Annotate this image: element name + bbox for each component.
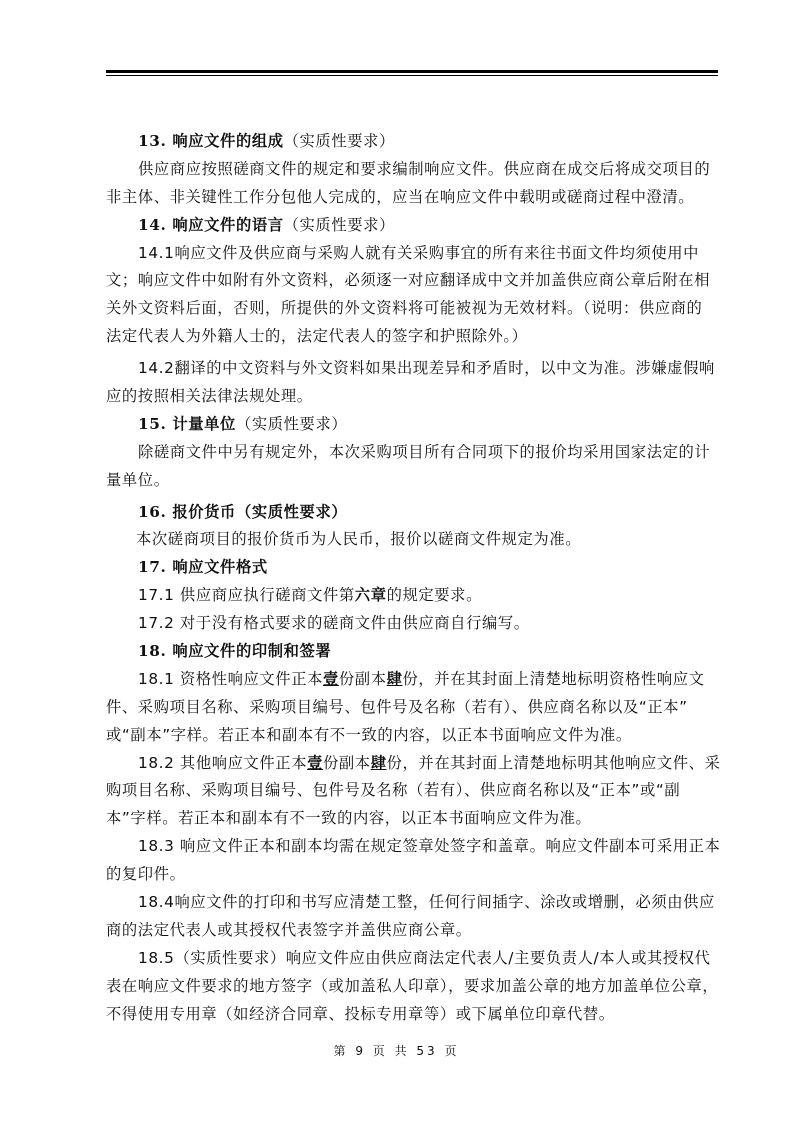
paragraph-line: 量单位。 [106,467,718,495]
section-heading-17: 17. 响应文件格式 [106,554,718,582]
section-heading-16: 16. 报价货币（实质性要求） [106,499,718,527]
paragraph-line: 不得使用专用章（如经济合同章、投标专用章等）或下属单位印章代替。 [106,1001,718,1029]
header-rule-thin [106,75,718,76]
paragraph-line: 供应商应按照磋商文件的规定和要求编制响应文件。供应商在成交后将成交项目的 [106,156,718,184]
paragraph-line: 17.2 对于没有格式要求的磋商文件由供应商自行编写。 [106,610,718,638]
paragraph-line: 本次磋商项目的报价货币为人民币，报价以磋商文件规定为准。 [106,526,718,554]
paragraph-line: 商的法定代表人或其授权代表签字并盖供应商公章。 [106,917,718,945]
paragraph-line: 或“副本”字样。若正本和副本有不一致的内容，以正本书面响应文件为准。 [106,722,718,750]
section-heading-14: 14. 响应文件的语言（实质性要求） [106,212,718,240]
section-heading-13: 13. 响应文件的组成（实质性要求） [106,128,718,156]
section-heading-18: 18. 响应文件的印制和签署 [106,638,718,666]
paragraph-line: 法定代表人为外籍人士的，法定代表人的签字和护照除外。） [106,323,718,351]
paragraph-line: 文；响应文件中如附有外文资料，必须逐一对应翻译成中文并加盖供应商公章后附在相 [106,267,718,295]
paragraph-line: 18.3 响应文件正本和副本均需在规定签章处签字和盖章。响应文件副本可采用正本 [106,833,718,861]
paragraph-line: 的复印件。 [106,861,718,889]
paragraph-line: 14.2翻译的中文资料与外文资料如果出现差异和矛盾时，以中文为准。涉嫌虚假响 [106,355,718,383]
paragraph-line: 18.2 其他响应文件正本壹份副本肆份，并在其封面上清楚地标明其他响应文件、采 [106,750,718,778]
paragraph-line: 18.1 资格性响应文件正本壹份副本肆份，并在其封面上清楚地标明资格性响应文 [106,666,718,694]
paragraph-line: 18.4响应文件的打印和书写应清楚工整，任何行间插字、涂改或增删，必须由供应 [106,889,718,917]
section-heading-15: 15. 计量单位（实质性要求） [106,411,718,439]
paragraph-line: 表在响应文件要求的地方签字（或加盖私人印章），要求加盖公章的地方加盖单位公章， [106,973,718,1001]
paragraph-line: 关外文资料后面，否则，所提供的外文资料将可能被视为无效材料。（说明：供应商的 [106,295,718,323]
document-body: 13. 响应文件的组成（实质性要求） 供应商应按照磋商文件的规定和要求编制响应文… [106,128,718,1029]
paragraph-line: 18.5（实质性要求）响应文件应由供应商法定代表人/主要负责人/本人或其授权代 [106,945,718,973]
paragraph-line: 14.1响应文件及供应商与采购人就有关采购事宜的所有来往书面文件均须使用中 [106,240,718,268]
paragraph-line: 件、采购项目名称、采购项目编号、包件号及名称（若有）、供应商名称以及“正本” [106,694,718,722]
paragraph-line: 购项目名称、采购项目编号、包件号及名称（若有）、供应商名称以及“正本”或“副 [106,777,718,805]
paragraph-line: 应的按照相关法律法规处理。 [106,383,718,411]
paragraph-line: 非主体、非关键性工作分包他人完成的，应当在响应文件中载明或磋商过程中澄清。 [106,184,718,212]
paragraph-line: 除磋商文件中另有规定外，本次采购项目所有合同项下的报价均采用国家法定的计 [106,439,718,467]
paragraph-line: 本”字样。若正本和副本有不一致的内容，以正本书面响应文件为准。 [106,805,718,833]
paragraph-line: 17.1 供应商应执行磋商文件第六章的规定要求。 [106,582,718,610]
header-rule-thick [106,70,718,73]
page-number: 第 9 页 共 53 页 [0,1042,793,1059]
